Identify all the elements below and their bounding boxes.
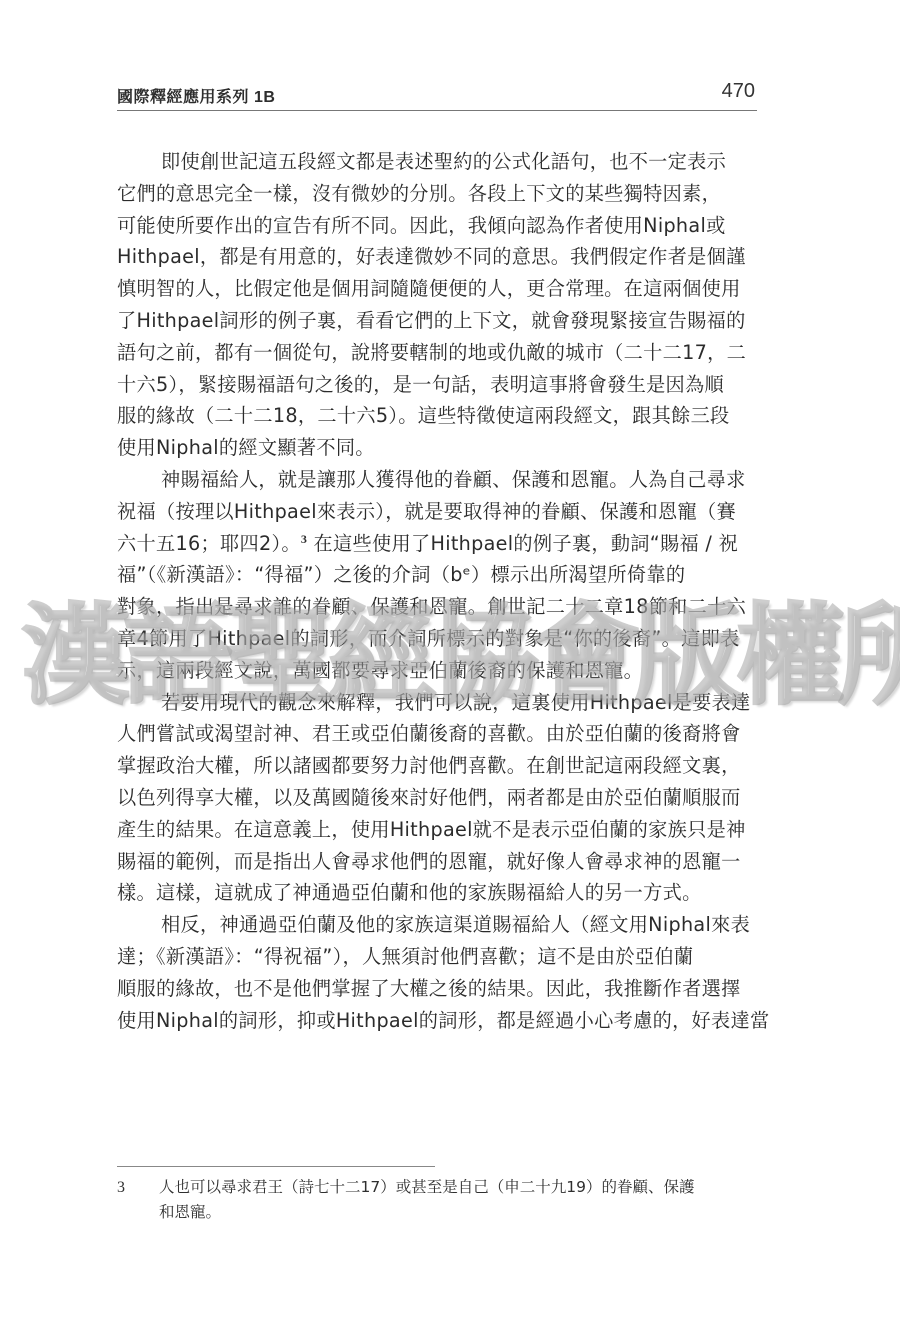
footnote-number: 3	[117, 1175, 159, 1225]
text-line: 神賜福給人，就是讓那人獲得他的眷顧、保護和恩寵。人為自己尋求	[117, 464, 759, 496]
text-line: 六十五16；耶四2）。3 在這些使用了Hithpael的例子裏，動詞“賜福 / …	[117, 528, 759, 560]
running-header: 國際釋經應用系列 1B 470	[117, 80, 757, 111]
paragraph-2: 神賜福給人，就是讓那人獲得他的眷顧、保護和恩寵。人為自己尋求 祝福（按理以Hit…	[117, 464, 759, 687]
text-line: 它們的意思完全一樣，沒有微妙的分別。各段上下文的某些獨特因素，	[117, 178, 759, 210]
footnotes-section: 3 人也可以尋求君王（詩七十二17）或甚至是自己（申二十九19）的眷顧、保護 和…	[117, 1166, 759, 1225]
text-line: 章4節用了Hithpael的詞形，而介詞所標示的對象是“你的後裔”。這即表	[117, 623, 759, 655]
text-line: 慎明智的人，比假定他是個用詞隨隨便便的人，更合常理。在這兩個使用	[117, 273, 759, 305]
text-line: 樣。這樣，這就成了神通過亞伯蘭和他的家族賜福給人的另一方式。	[117, 877, 759, 909]
body-text: 即使創世記這五段經文都是表述聖約的公式化語句，也不一定表示 它們的意思完全一樣，…	[117, 146, 759, 1036]
text-line: 掌握政治大權，所以諸國都要努力討他們喜歡。在創世記這兩段經文裏，	[117, 750, 759, 782]
text-line: 使用Niphal的詞形，抑或Hithpael的詞形，都是經過小心考慮的，好表達當	[117, 1005, 759, 1037]
text-line: 示，這兩段經文說，萬國都要尋求亞伯蘭後裔的保護和恩寵。	[117, 655, 759, 687]
paragraph-4: 相反，神通過亞伯蘭及他的家族這渠道賜福給人（經文用Niphal來表 達；《新漢語…	[117, 909, 759, 1036]
text-line: 以色列得享大權，以及萬國隨後來討好他們，兩者都是由於亞伯蘭順服而	[117, 782, 759, 814]
footnote-text: 人也可以尋求君王（詩七十二17）或甚至是自己（申二十九19）的眷顧、保護 和恩寵…	[159, 1175, 759, 1225]
text-line: 語句之前，都有一個從句，說將要轄制的地或仇敵的城市（二十二17，二	[117, 337, 759, 369]
series-title: 國際釋經應用系列 1B	[117, 84, 275, 107]
footnote-divider	[117, 1166, 435, 1167]
text-line: 順服的緣故，也不是他們掌握了大權之後的結果。因此，我推斷作者選擇	[117, 973, 759, 1005]
text-line: 使用Niphal的經文顯著不同。	[117, 432, 759, 464]
text-line: 福”（《新漢語》：“得福”）之後的介詞（bᵉ）標示出所渴望所倚靠的	[117, 559, 759, 591]
paragraph-1: 即使創世記這五段經文都是表述聖約的公式化語句，也不一定表示 它們的意思完全一樣，…	[117, 146, 759, 464]
text-line: 若要用現代的觀念來解釋，我們可以說，這裏使用Hithpael是要表達	[117, 687, 759, 719]
text-line: 服的緣故（二十二18，二十六5）。這些特徵使這兩段經文，跟其餘三段	[117, 400, 759, 432]
text-line: 和恩寵。	[159, 1200, 759, 1225]
text-line: 即使創世記這五段經文都是表述聖約的公式化語句，也不一定表示	[117, 146, 759, 178]
text-line: 人們嘗試或渴望討神、君王或亞伯蘭後裔的喜歡。由於亞伯蘭的後裔將會	[117, 718, 759, 750]
text-line: 可能使所要作出的宣告有所不同。因此，我傾向認為作者使用Niphal或	[117, 210, 759, 242]
text-line: Hithpael，都是有用意的，好表達微妙不同的意思。我們假定作者是個謹	[117, 241, 759, 273]
document-page: 國際釋經應用系列 1B 470 即使創世記這五段經文都是表述聖約的公式化語句，也…	[0, 0, 900, 1324]
text-line: 產生的結果。在這意義上，使用Hithpael就不是表示亞伯蘭的家族只是神	[117, 814, 759, 846]
text-line: 達；《新漢語》：“得祝福”），人無須討他們喜歡；這不是由於亞伯蘭	[117, 941, 759, 973]
text-line: 祝福（按理以Hithpael來表示），就是要取得神的眷顧、保護和恩寵（賽	[117, 496, 759, 528]
text-line: 十六5），緊接賜福語句之後的，是一句話，表明這事將會發生是因為順	[117, 369, 759, 401]
text-line: 相反，神通過亞伯蘭及他的家族這渠道賜福給人（經文用Niphal來表	[117, 909, 759, 941]
paragraph-3: 若要用現代的觀念來解釋，我們可以說，這裏使用Hithpael是要表達 人們嘗試或…	[117, 687, 759, 910]
footnote-3: 3 人也可以尋求君王（詩七十二17）或甚至是自己（申二十九19）的眷顧、保護 和…	[117, 1175, 759, 1225]
footnote-reference[interactable]: 3	[301, 532, 307, 546]
text-line: 對象，指出是尋求誰的眷顧、保護和恩寵。創世記二十二章18節和二十六	[117, 591, 759, 623]
text-segment: 在這些使用了Hithpael的例子裏，動詞“賜福 / 祝	[314, 532, 739, 555]
page-number: 470	[722, 80, 755, 103]
text-line: 人也可以尋求君王（詩七十二17）或甚至是自己（申二十九19）的眷顧、保護	[159, 1175, 759, 1200]
text-line: 賜福的範例，而是指出人會尋求他們的恩寵，就好像人會尋求神的恩寵一	[117, 846, 759, 878]
text-segment: 六十五16；耶四2）。	[117, 532, 301, 555]
text-line: 了Hithpael詞形的例子裏，看看它們的上下文，就會發現緊接宣告賜福的	[117, 305, 759, 337]
